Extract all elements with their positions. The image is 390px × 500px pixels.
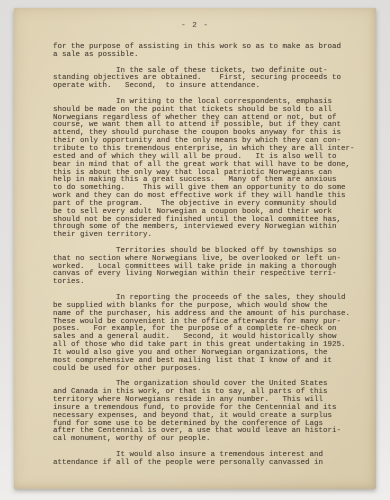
paragraph-territories: Territories should be blocked off by tow… (53, 248, 363, 287)
paragraph-interest-and-attendance: It would also insure a tremendous intere… (53, 452, 363, 468)
paragraph-organization-coverage: The organization should cover the United… (53, 381, 363, 444)
paragraph-ticket-sale-objectives: In the sale of these tickets, two defini… (53, 68, 363, 92)
paragraph-local-correspondents: In writing to the local correspondents, … (53, 99, 363, 240)
document-body: for the purpose of assisting in this wor… (53, 44, 363, 468)
document-page: - 2 - for the purpose of assisting in th… (14, 8, 376, 489)
scanned-document-background: { "page": { "page_number": "- 2 -", "par… (0, 0, 390, 500)
paragraph-reporting-proceeds: In reporting the proceeds of the sales, … (53, 295, 363, 373)
page-number: - 2 - (14, 22, 376, 30)
paragraph-continued-from-previous-page: for the purpose of assisting in this wor… (53, 44, 363, 60)
